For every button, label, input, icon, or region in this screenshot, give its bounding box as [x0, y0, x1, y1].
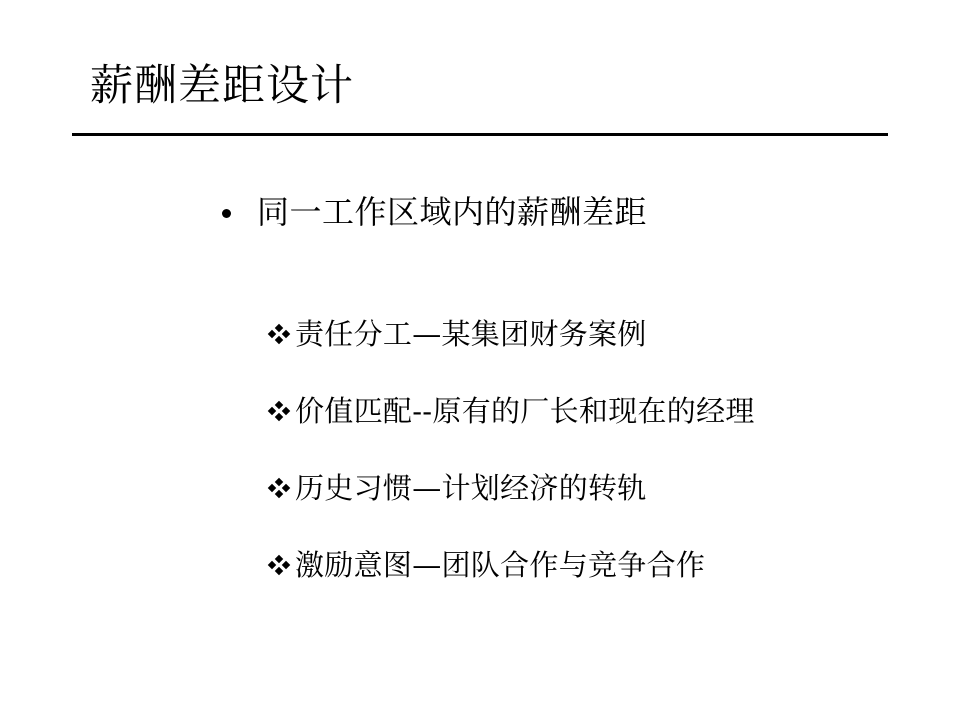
sub-bullet-list: 责任分工—某集团财务案例 价值匹配--原有的厂长和现在的经理 历史习惯—计划经济…	[267, 312, 755, 620]
four-diamond-icon	[267, 554, 291, 576]
sub-bullet-text: 激励意图—团队合作与竞争合作	[295, 543, 705, 587]
sub-bullet-item: 激励意图—团队合作与竞争合作	[267, 543, 755, 587]
main-bullet-text: 同一工作区域内的薪酬差距	[257, 190, 647, 234]
title-divider	[72, 133, 888, 136]
four-diamond-icon	[267, 400, 291, 422]
four-diamond-icon	[267, 477, 291, 499]
slide-title: 薪酬差距设计	[90, 58, 354, 114]
sub-bullet-text: 历史习惯—计划经济的转轨	[295, 466, 647, 510]
main-bullet: 同一工作区域内的薪酬差距	[222, 190, 647, 234]
sub-bullet-text: 价值匹配--原有的厂长和现在的经理	[295, 389, 755, 433]
four-diamond-icon	[267, 323, 291, 345]
sub-bullet-text: 责任分工—某集团财务案例	[295, 312, 647, 356]
sub-bullet-item: 价值匹配--原有的厂长和现在的经理	[267, 389, 755, 433]
sub-bullet-item: 历史习惯—计划经济的转轨	[267, 466, 755, 510]
round-bullet-icon	[222, 209, 231, 218]
sub-bullet-item: 责任分工—某集团财务案例	[267, 312, 755, 356]
